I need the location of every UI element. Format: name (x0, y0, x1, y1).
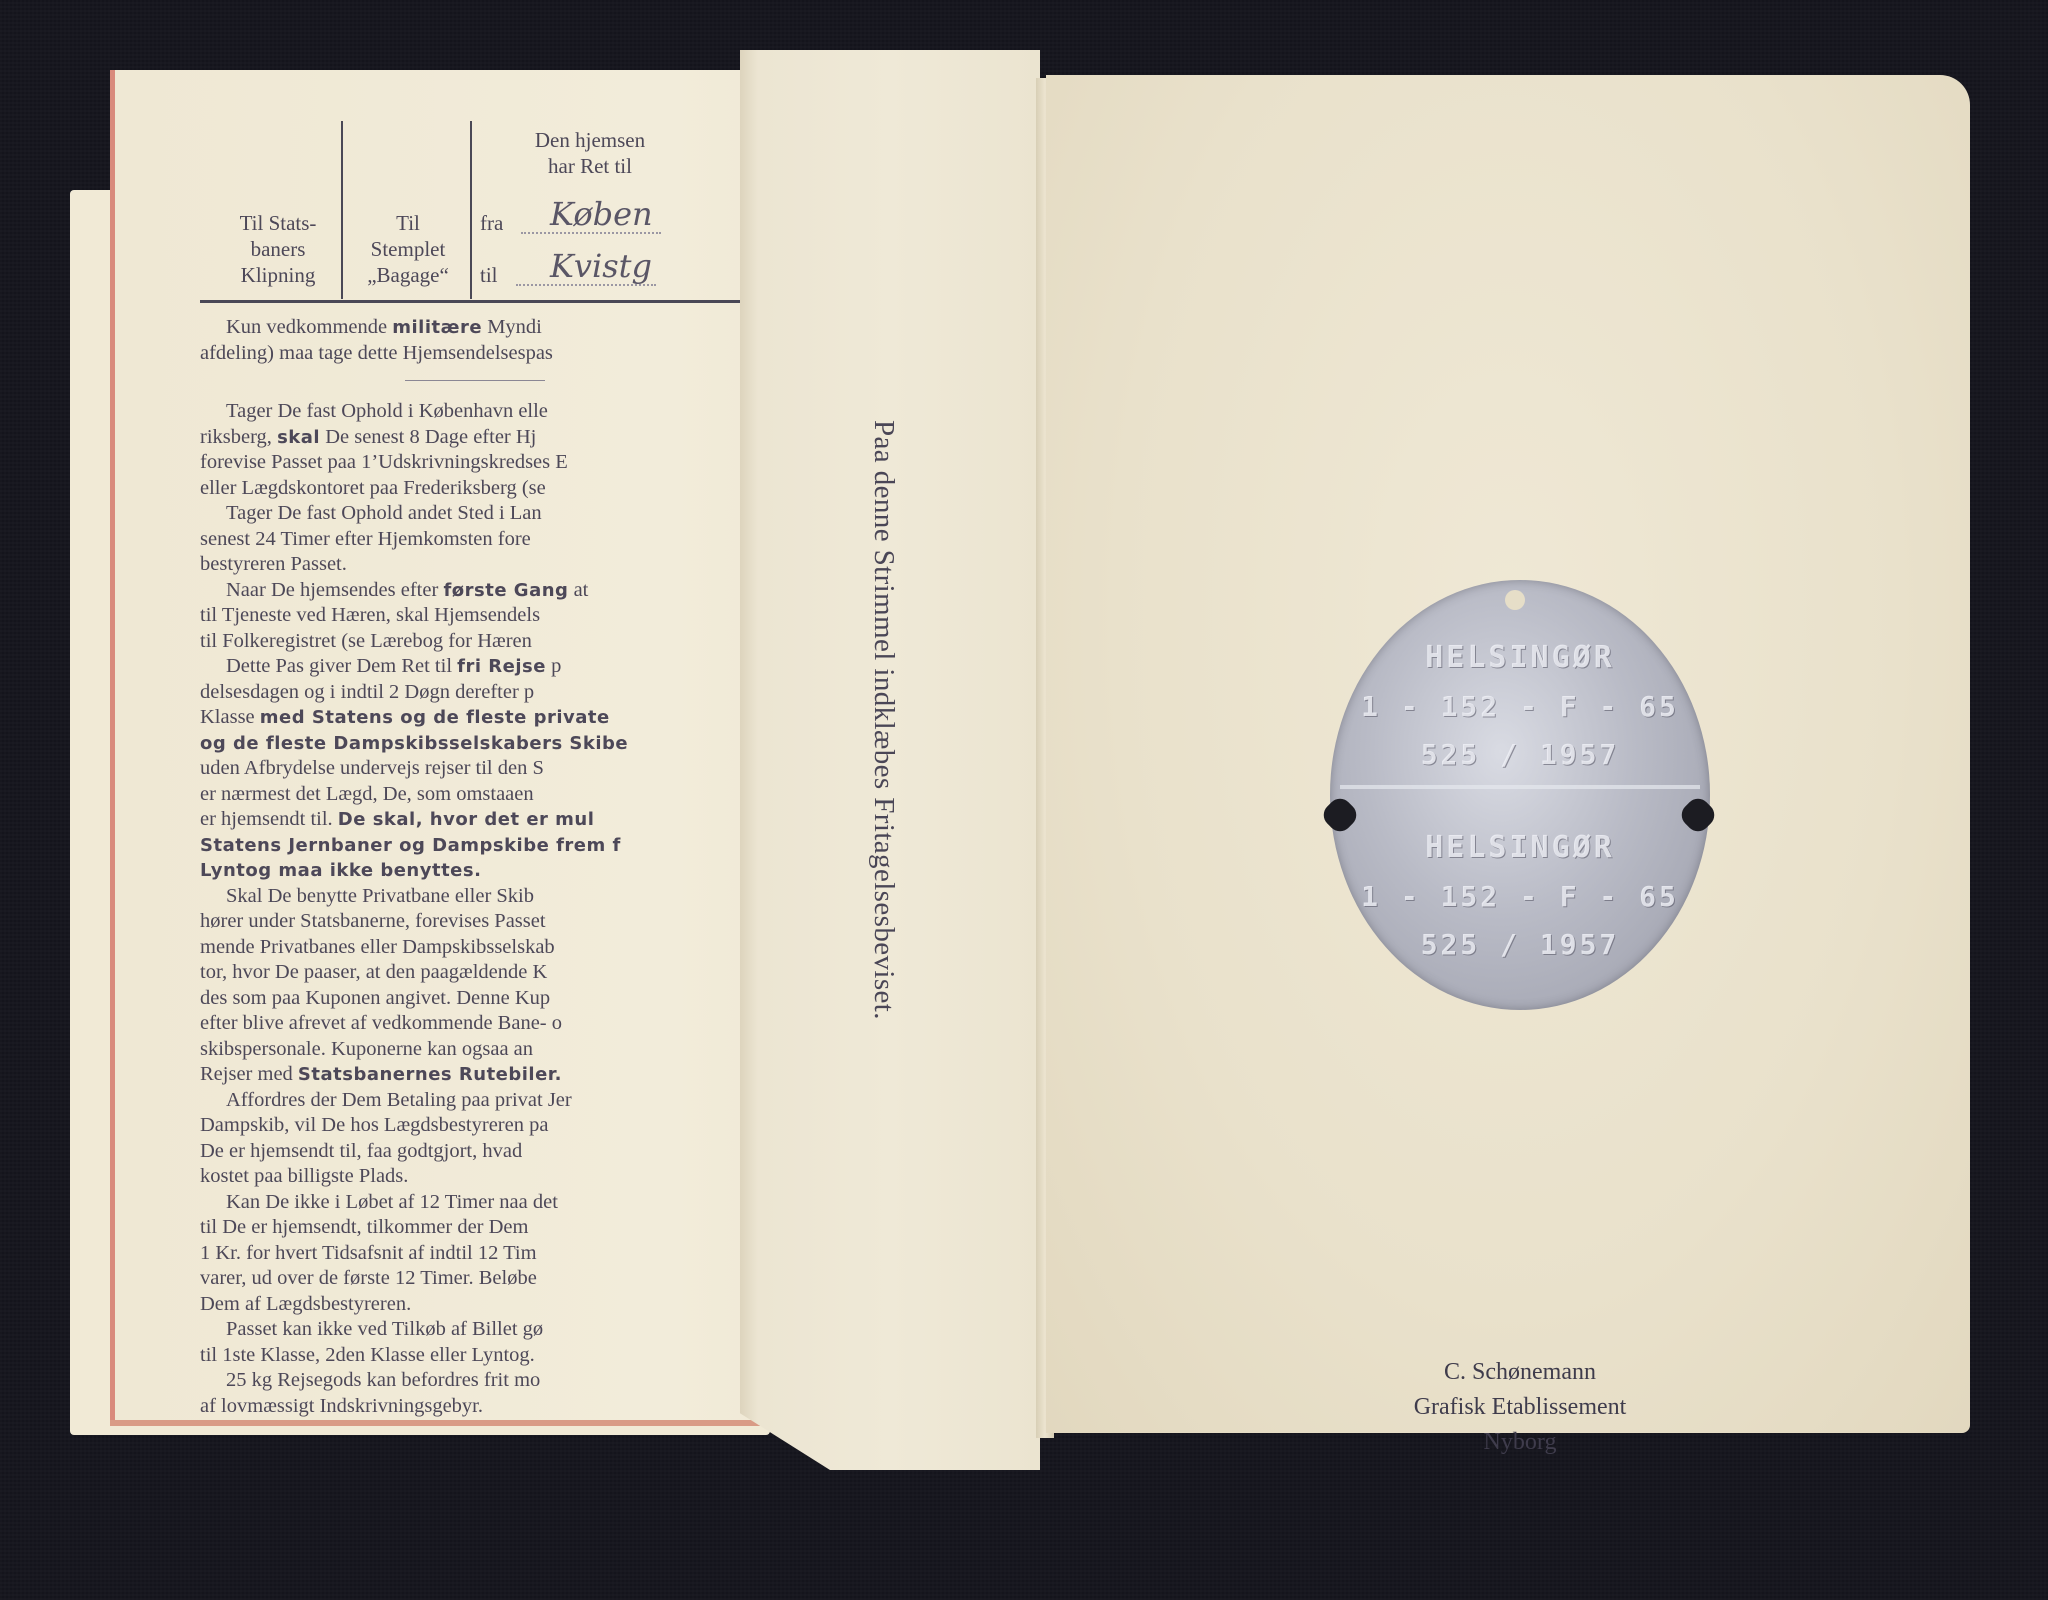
body-line: forevise Passet paa 1’Udskrivningskredse… (200, 450, 760, 476)
to-label: til (480, 263, 498, 287)
tag-upper-number: 1 - 152 - F - 65 (1330, 690, 1710, 723)
body-line: Passet kan ikke ved Tilkøb af Billet gø (200, 1317, 760, 1343)
body-line: efter blive afrevet af vedkommende Bane-… (200, 1011, 760, 1037)
body-line: eller Lægdskontoret paa Frederiksberg (s… (200, 476, 760, 502)
instructions-text: Tager De fast Ophold i København ellerik… (200, 399, 760, 1419)
body-line: til Folkeregistret (se Lærebog for Hæren (200, 629, 760, 655)
body-line: 25 kg Rejsegods kan befordres frit mo (200, 1368, 760, 1394)
body-line: til Tjeneste ved Hæren, skal Hjemsendels (200, 603, 760, 629)
section-separator (405, 380, 545, 381)
body-line: Dem af Lægdsbestyreren. (200, 1292, 760, 1318)
body-line: kostet paa billigste Plads. (200, 1164, 760, 1190)
ticket-table: Til Stats- baners Klipning Til Stemplet … (200, 115, 760, 303)
tag-upper-town: HELSINGØR (1330, 640, 1710, 675)
tag-upper-year: 525 / 1957 (1330, 738, 1710, 771)
body-line: af lovmæssigt Indskrivningsgebyr. (200, 1394, 760, 1420)
body-line: skibspersonale. Kuponerne kan ogsaa an (200, 1037, 760, 1063)
notice-line: Kun vedkommende militære Myndi (200, 315, 760, 341)
col2-line: Stemplet (348, 236, 468, 262)
body-line: Statens Jernbaner og Dampskibe frem f (200, 833, 760, 859)
printer-imprint: C. Schønemann Grafisk Etablissement Nybo… (1370, 1355, 1670, 1460)
notice-line: afdeling) maa tage dette Hjemsendelsespa… (200, 341, 760, 367)
body-line: Dampskib, vil De hos Lægdsbestyreren pa (200, 1113, 760, 1139)
notice-paragraph: Kun vedkommende militære Myndi afdeling)… (200, 315, 760, 366)
body-line: 1 Kr. for hvert Tidsafsnit af indtil 12 … (200, 1241, 760, 1267)
body-line: hører under Statsbanerne, forevises Pass… (200, 909, 760, 935)
state-railway-clipping-column: Til Stats- baners Klipning (218, 210, 338, 288)
from-label: fra (480, 211, 503, 235)
body-line: tor, hvor De paaser, at den paagældende … (200, 960, 760, 986)
body-line: riksberg, skal De senest 8 Dage efter Hj (200, 425, 760, 451)
body-line: Naar De hjemsendes efter første Gang at (200, 578, 760, 604)
body-line: Tager De fast Ophold i København elle (200, 399, 760, 425)
cover-red-bottom-edge (110, 1420, 760, 1426)
body-line: Klasse med Statens og de fleste private (200, 705, 760, 731)
body-line: Rejser med Statsbanernes Rutebiler. (200, 1062, 760, 1088)
from-handwritten-value: Køben (550, 195, 653, 233)
col1-line: Til Stats- (218, 210, 338, 236)
route-heading-line: Den hjemsen (490, 127, 690, 153)
col2-line: Til (348, 210, 468, 236)
body-line: des som paa Kuponen angivet. Denne Kup (200, 986, 760, 1012)
body-line: er nærmest det Lægd, De, som omstaaen (200, 782, 760, 808)
baggage-stamp-column: Til Stemplet „Bagage“ (348, 210, 468, 288)
body-line: Kan De ikke i Løbet af 12 Timer naa det (200, 1190, 760, 1216)
body-line: til 1ste Klasse, 2den Klasse eller Lynto… (200, 1343, 760, 1369)
imprint-name: C. Schønemann (1370, 1355, 1670, 1390)
tag-break-line (1340, 785, 1700, 789)
imprint-town: Nyborg (1370, 1425, 1670, 1460)
body-line: Tager De fast Ophold andet Sted i Lan (200, 501, 760, 527)
body-line: er hjemsendt til. De skal, hvor det er m… (200, 807, 760, 833)
table-divider (470, 121, 472, 299)
body-line: bestyreren Passet. (200, 552, 760, 578)
col2-line: „Bagage“ (348, 262, 468, 288)
route-heading-line: har Ret til (490, 153, 690, 179)
to-handwritten-value: Kvistg (550, 247, 652, 285)
strip-vertical-text: Paa denne Strimmel indklæbes Fritagelses… (860, 420, 900, 1180)
body-line: senest 24 Timer efter Hjemkomsten fore (200, 527, 760, 553)
route-column-heading: Den hjemsen har Ret til (490, 127, 690, 179)
body-line: mende Privatbanes eller Dampskibsselskab (200, 935, 760, 961)
body-line: og de fleste Dampskibsselskabers Skibe (200, 731, 760, 757)
body-line: varer, ud over de første 12 Timer. Beløb… (200, 1266, 760, 1292)
col1-line: baners (218, 236, 338, 262)
left-page-content: Til Stats- baners Klipning Til Stemplet … (200, 115, 760, 1419)
body-line: uden Afbrydelse undervejs rejser til den… (200, 756, 760, 782)
tag-lower-town: HELSINGØR (1330, 830, 1710, 865)
body-line: Lyntog maa ikke benyttes. (200, 858, 760, 884)
body-line: De er hjemsendt til, faa godtgjort, hvad (200, 1139, 760, 1165)
body-line: Affordres der Dem Betaling paa privat Je… (200, 1088, 760, 1114)
body-line: til De er hjemsendt, tilkommer der Dem (200, 1215, 760, 1241)
tag-lower-number: 1 - 152 - F - 65 (1330, 880, 1710, 913)
body-line: delsesdagen og i indtil 2 Døgn derefter … (200, 680, 760, 706)
table-divider (341, 121, 343, 299)
body-line: Dette Pas giver Dem Ret til fri Rejse p (200, 654, 760, 680)
tag-hole (1505, 590, 1525, 610)
imprint-business: Grafisk Etablissement (1370, 1390, 1670, 1425)
tag-lower-year: 525 / 1957 (1330, 928, 1710, 961)
body-line: Skal De benytte Privatbane eller Skib (200, 884, 760, 910)
col1-line: Klipning (218, 262, 338, 288)
